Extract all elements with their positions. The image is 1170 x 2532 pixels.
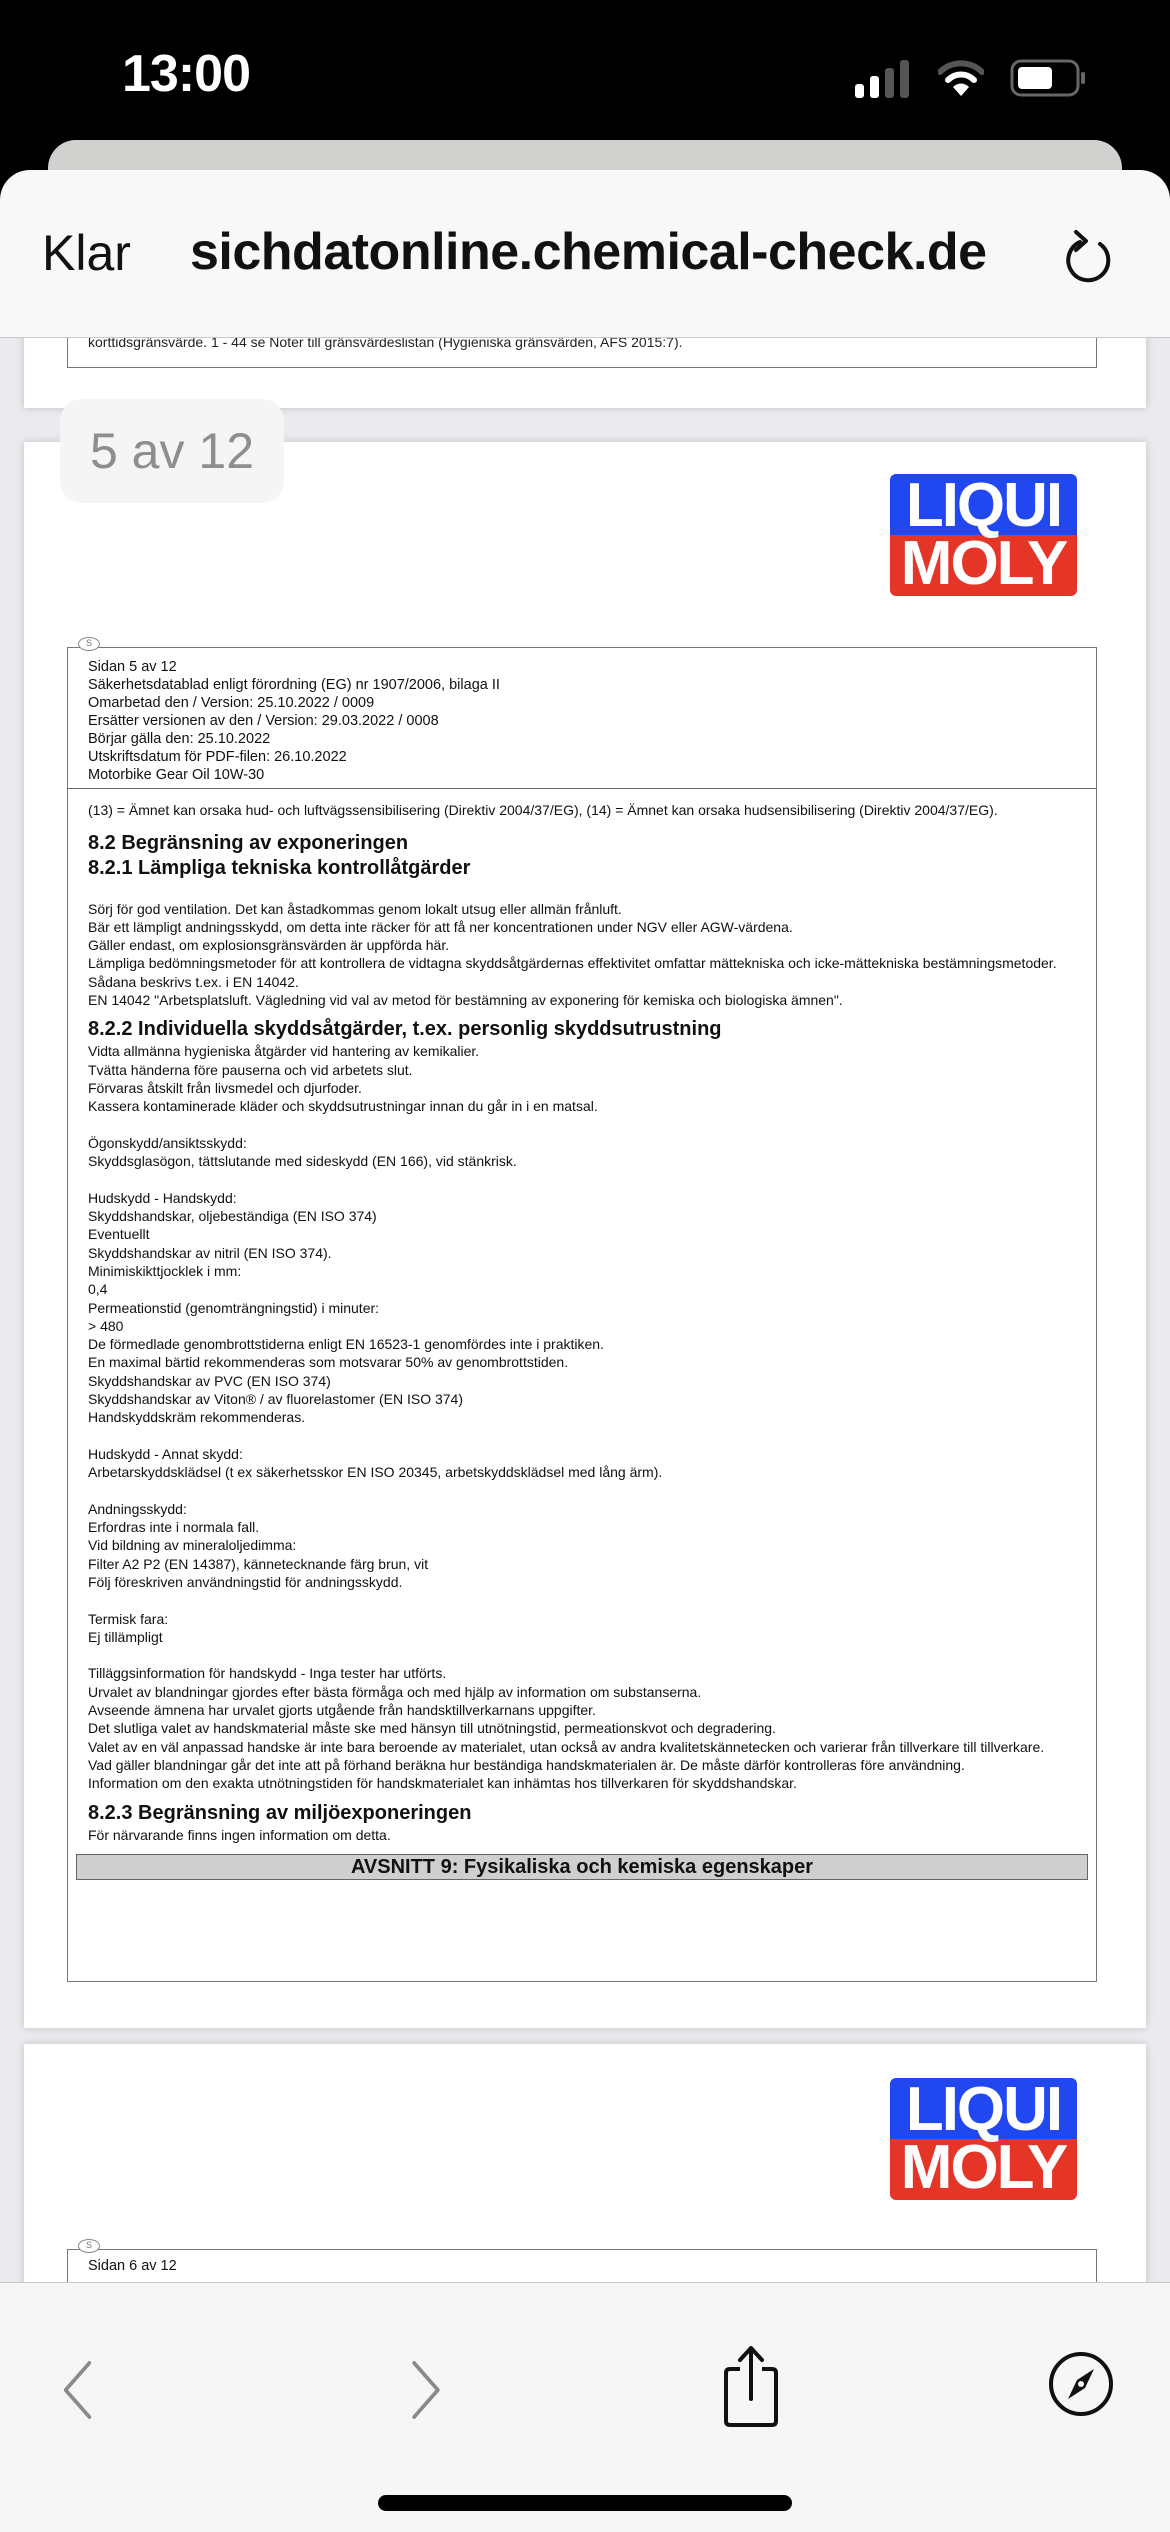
text-line: Avseende ämnena har urvalet gjorts utgåe… — [88, 1701, 1076, 1719]
skin-protection-label: Hudskydd - Annat skydd: — [88, 1445, 1076, 1463]
sds-header: Sidan 5 av 12 Säkerhetsdatablad enligt f… — [68, 648, 1096, 789]
reload-icon[interactable] — [1062, 226, 1118, 290]
text-line: Arbetarskyddsklädsel (t ex säkerhetsskor… — [88, 1463, 1076, 1481]
text-line: Minimiskikttjocklek i mm: — [88, 1262, 1076, 1280]
chevron-left-icon[interactable] — [56, 2355, 126, 2425]
text-line: Tvätta händerna före pauserna och vid ar… — [88, 1061, 1076, 1079]
text-line: Vidta allmänna hygieniska åtgärder vid h… — [88, 1042, 1076, 1060]
text-line: Vad gäller blandningar går det inte att … — [88, 1756, 1076, 1774]
pdf-page-5: LIQUI MOLY S Sidan 5 av 12 Säkerhetsdata… — [24, 442, 1146, 2028]
battery-icon — [1010, 58, 1088, 98]
header-product: Motorbike Gear Oil 10W-30 — [88, 766, 1076, 784]
text-line: Sådana beskrivs t.ex. i EN 14042. — [88, 973, 1076, 991]
text-line: Skyddshandskar av Viton® / av fluorelast… — [88, 1390, 1076, 1408]
text-line: EN 14042 "Arbetsplatsluft. Vägledning vi… — [88, 991, 1076, 1009]
text-line: Sörj för god ventilation. Det kan åstadk… — [88, 900, 1076, 918]
text-line: Vid bildning av mineraloljedimma: — [88, 1536, 1076, 1554]
text-line: Eventuellt — [88, 1225, 1076, 1243]
text-line: Lämpliga bedömningsmetoder för att kontr… — [88, 954, 1076, 972]
share-icon[interactable] — [716, 2343, 786, 2429]
text-line: Förvaras åtskilt från livsmedel och djur… — [88, 1079, 1076, 1097]
sds-frame: S Sidan 6 av 12 — [67, 2249, 1097, 2282]
logo-bottom-text: MOLY — [890, 2139, 1077, 2200]
text-line: Det slutliga valet av handskmaterial mås… — [88, 1719, 1076, 1737]
logo-top-text: LIQUI — [890, 474, 1077, 535]
eye-protection-label: Ögonskydd/ansiktsskydd: — [88, 1134, 1076, 1152]
text-line: Information om den exakta utnötningstide… — [88, 1774, 1076, 1792]
heading-8-2-3: 8.2.3 Begränsning av miljöexponeringen — [88, 1801, 1076, 1826]
compass-icon[interactable] — [1046, 2349, 1116, 2419]
text-line: En maximal bärtid rekommenderas som mots… — [88, 1353, 1076, 1371]
text-line: Bär ett lämpligt andningsskydd, om detta… — [88, 918, 1076, 936]
page-indicator: 5 av 12 — [60, 399, 284, 503]
text-line: Skyddshandskar av nitril (EN ISO 374). — [88, 1244, 1076, 1262]
prev-page-frame: föreskrifterna om medicinska kontroller … — [67, 338, 1097, 368]
chevron-right-icon[interactable] — [392, 2355, 462, 2425]
done-button[interactable]: Klar — [42, 224, 131, 282]
home-indicator — [378, 2495, 792, 2511]
text-line: Skyddshandskar, oljebeständiga (EN ISO 3… — [88, 1207, 1076, 1225]
text-line: 0,4 — [88, 1280, 1076, 1298]
text-line: Kassera kontaminerade kläder och skyddsu… — [88, 1097, 1076, 1115]
pdf-page-4: föreskrifterna om medicinska kontroller … — [24, 338, 1146, 408]
header-revised: Omarbetad den / Version: 25.10.2022 / 00… — [88, 694, 1076, 712]
heading-8-2: 8.2 Begränsning av exponeringen — [88, 831, 1076, 856]
header-page: Sidan 6 av 12 — [68, 2250, 1096, 2282]
status-time: 13:00 — [122, 44, 250, 104]
cellular-signal-icon — [855, 58, 911, 98]
wifi-icon — [938, 58, 984, 98]
thermal-hazard-label: Termisk fara: — [88, 1610, 1076, 1628]
bottom-toolbar — [0, 2282, 1170, 2532]
text-line: Erfordras inte i normala fall. — [88, 1518, 1076, 1536]
header-replaces: Ersätter versionen av den / Version: 29.… — [88, 712, 1076, 730]
text-line: Gäller endast, om explosionsgränsvärden … — [88, 936, 1076, 954]
pdf-page-6: LIQUI MOLY S Sidan 6 av 12 — [24, 2044, 1146, 2282]
browser-header: Klar sichdatonline.chemical-check.de — [0, 170, 1170, 338]
text-line: Följ föreskriven användningstid för andn… — [88, 1573, 1076, 1591]
text-line: Urvalet av blandningar gjordes efter bäs… — [88, 1683, 1076, 1701]
pdf-viewport[interactable]: föreskrifterna om medicinska kontroller … — [0, 338, 1170, 2282]
text-line: Skyddsglasögon, tättslutande med sidesky… — [88, 1152, 1076, 1170]
respiratory-protection-label: Andningsskydd: — [88, 1500, 1076, 1518]
logo-bottom-text: MOLY — [890, 535, 1077, 596]
heading-8-2-1: 8.2.1 Lämpliga tekniska kontrollåtgärder — [88, 856, 1076, 881]
header-print-date: Utskriftsdatum för PDF-filen: 26.10.2022 — [88, 748, 1076, 766]
header-page: Sidan 5 av 12 — [88, 658, 1076, 676]
text-line: > 480 — [88, 1317, 1076, 1335]
text-line: Ej tillämpligt — [88, 1628, 1076, 1646]
logo-top-text: LIQUI — [890, 2078, 1077, 2139]
text-line: För närvarande finns ingen information o… — [88, 1826, 1076, 1844]
url-display[interactable]: sichdatonline.chemical-check.de — [190, 222, 987, 282]
text-line: Skyddshandskar av PVC (EN ISO 374) — [88, 1372, 1076, 1390]
text-line: Permeationstid (genomträngningstid) i mi… — [88, 1299, 1076, 1317]
header-valid-from: Börjar gälla den: 25.10.2022 — [88, 730, 1076, 748]
hand-protection-label: Hudskydd - Handskydd: — [88, 1189, 1076, 1207]
glove-info-label: Tilläggsinformation för handskydd - Inga… — [88, 1664, 1076, 1682]
text-line: Handskyddskräm rekommenderas. — [88, 1408, 1076, 1426]
status-bar: 13:00 — [0, 0, 1170, 150]
heading-8-2-2: 8.2.2 Individuella skyddsåtgärder, t.ex.… — [88, 1017, 1076, 1042]
intro-text: (13) = Ämnet kan orsaka hud- och luftväg… — [88, 801, 1076, 819]
frame-badge: S — [78, 2239, 100, 2253]
prev-page-last-line: korttidsgränsvärde. 1 - 44 se Noter till… — [88, 338, 683, 350]
frame-badge: S — [78, 637, 100, 651]
sds-frame: S Sidan 5 av 12 Säkerhetsdatablad enligt… — [67, 647, 1097, 1982]
header-regulation: Säkerhetsdatablad enligt förordning (EG)… — [88, 676, 1076, 694]
liqui-moly-logo: LIQUI MOLY — [890, 474, 1077, 596]
text-line: Valet av en väl anpassad handske är inte… — [88, 1738, 1076, 1756]
liqui-moly-logo: LIQUI MOLY — [890, 2078, 1077, 2200]
section-9-header: AVSNITT 9: Fysikaliska och kemiska egens… — [76, 1854, 1088, 1880]
sds-body: (13) = Ämnet kan orsaka hud- och luftväg… — [68, 789, 1096, 1880]
text-line: De förmedlade genombrottstiderna enligt … — [88, 1335, 1076, 1353]
text-line: Filter A2 P2 (EN 14387), kännetecknande … — [88, 1555, 1076, 1573]
